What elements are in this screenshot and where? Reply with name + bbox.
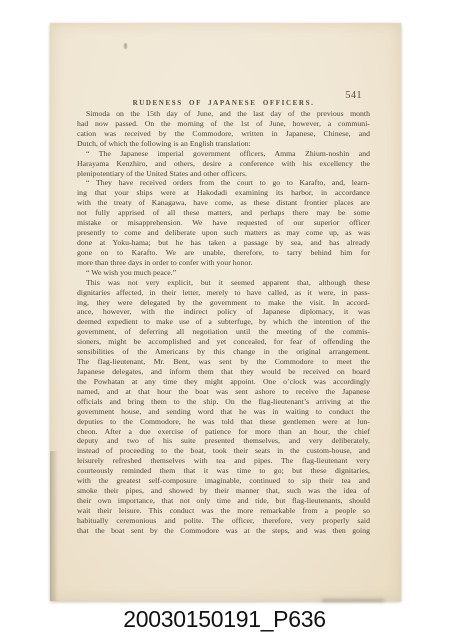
image-caption: 20030150191_P636	[0, 606, 449, 633]
text-line: officials and bring them to the ship. On…	[77, 397, 370, 407]
text-line: with the greatest self-composure imagina…	[77, 476, 370, 486]
text-line: had now passed. On the morning of the 1s…	[77, 119, 370, 129]
running-title: RUDENESS OF JAPANESE OFFICERS.	[133, 99, 315, 107]
text-line: deputies to the Commodore, he was told t…	[77, 417, 370, 427]
text-line: courteously reminded them that it was ti…	[77, 466, 370, 476]
text-line: instead of proceeding to the boat, took …	[77, 446, 370, 456]
text-line: that the boat sent by the Commodore was …	[77, 526, 370, 536]
text-line: Dutch, of which the following is an Engl…	[77, 139, 370, 149]
text-line: plenipotentiary of the United States and…	[77, 169, 370, 179]
page-edge-smudge	[322, 599, 384, 602]
text-line: ing that your ships were at Hakodadi exa…	[77, 188, 370, 198]
text-line: ing, they were delegated by the governme…	[77, 298, 370, 308]
text-line: cheon. After a due exercise of patience …	[77, 427, 370, 437]
text-line: wait their leisure. This conduct was the…	[77, 506, 370, 516]
text-line: This was not very explicit, but it seeme…	[77, 278, 370, 288]
text-line: their own importance, that not only time…	[77, 496, 370, 506]
text-line: government house, and sending word that …	[77, 407, 370, 417]
text-line: Japanese delegates, and inform them that…	[77, 367, 370, 377]
text-line: “ The Japanese imperial government offic…	[77, 149, 370, 159]
text-line: not fully apprised of all these matters,…	[77, 208, 370, 218]
text-line: government, of deferring all negotiation…	[77, 327, 370, 337]
text-line: habitually ceremonious and polite. The o…	[77, 516, 370, 526]
text-line: Simoda on the 15th day of June, and the …	[77, 109, 370, 119]
page-header: RUDENESS OF JAPANESE OFFICERS. 541	[77, 92, 370, 110]
page-gutter-shadow	[50, 451, 58, 601]
text-line: gone on to Karafto. We are unable, there…	[77, 248, 370, 258]
text-line: more than three days in order to confer …	[77, 258, 370, 268]
text-line: smoke their pipes, and showed by their m…	[77, 486, 370, 496]
text-line: “ They have received orders from the cou…	[77, 178, 370, 188]
page-body-text: Simoda on the 15th day of June, and the …	[77, 109, 370, 536]
text-line: named, and at that hour the boat was sen…	[77, 387, 370, 397]
text-line: done at Yoku-hama; but he has taken a pa…	[77, 238, 370, 248]
text-line: Harayama Kenzhiro, and others, desire a …	[77, 159, 370, 169]
text-line: mistake or misapprehension. We have requ…	[77, 218, 370, 228]
text-line: with the treaty of Kanagawa, have come, …	[77, 198, 370, 208]
book-page: RUDENESS OF JAPANESE OFFICERS. 541 Simod…	[50, 23, 401, 601]
page-speck	[124, 43, 127, 49]
text-line: “ We wish you much peace.”	[77, 268, 370, 278]
text-line: The flag-lieutenant, Mr. Bent, was sent …	[77, 357, 370, 367]
page-number: 541	[346, 90, 363, 101]
text-line: cation was received by the Commodore, wr…	[77, 129, 370, 139]
text-line: sensibilities of the Americans by this c…	[77, 347, 370, 357]
text-line: presently to come and deliberate upon su…	[77, 228, 370, 238]
photo-frame: RUDENESS OF JAPANESE OFFICERS. 541 Simod…	[0, 0, 449, 640]
text-line: dignitaries affected, in their letter, m…	[77, 288, 370, 298]
text-line: ance, however, with the indirect policy …	[77, 307, 370, 317]
text-line: deputy and two of his suite presented th…	[77, 436, 370, 446]
text-line: the Powhatan at any time they might appo…	[77, 377, 370, 387]
text-line: sioners, might be accomplished and yet c…	[77, 337, 370, 347]
text-line: deemed expedient to make use of a subter…	[77, 317, 370, 327]
text-line: leisurely refreshed themselves with tea …	[77, 456, 370, 466]
